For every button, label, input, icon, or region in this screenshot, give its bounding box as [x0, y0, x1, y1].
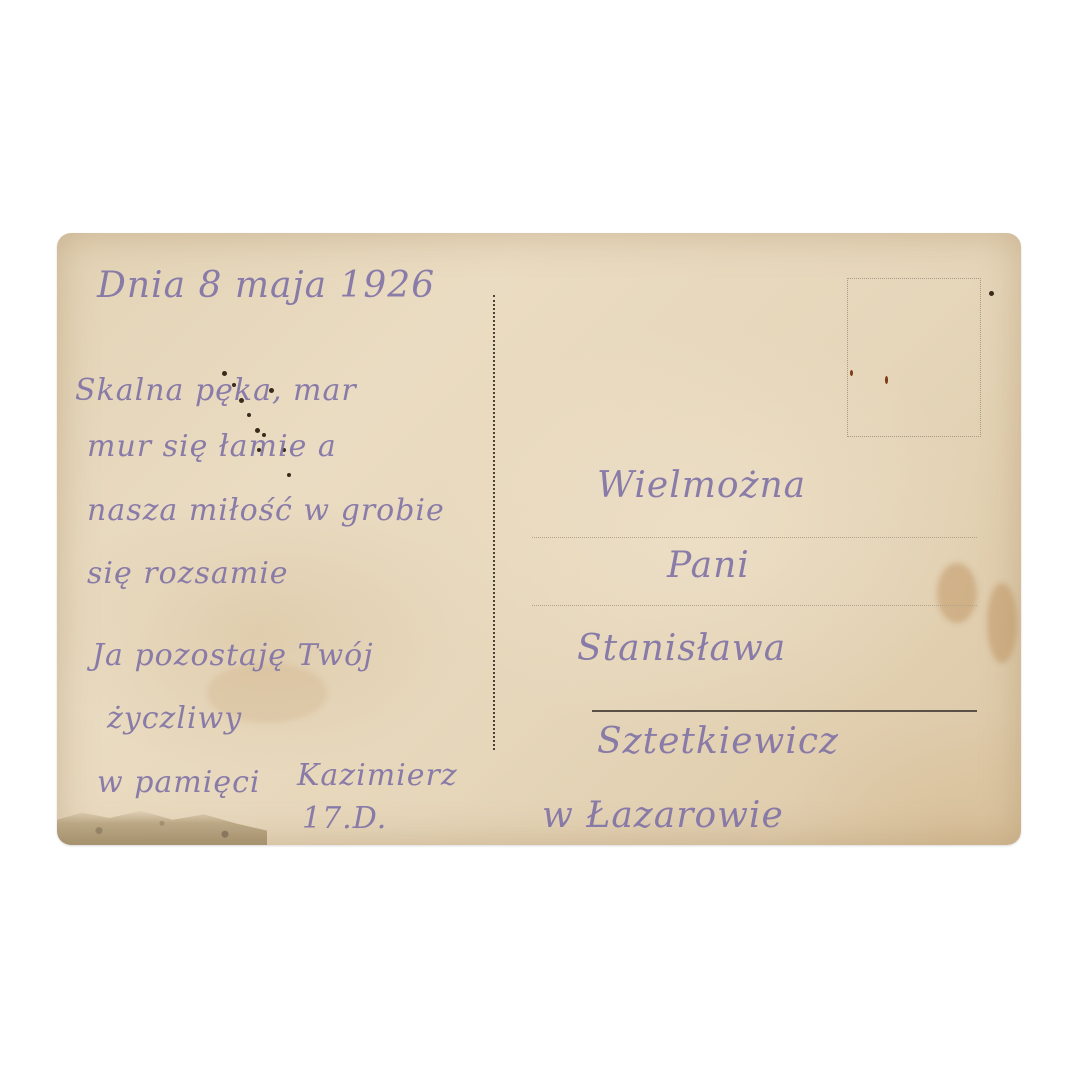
foxing-spot: [247, 413, 251, 417]
stamp-placeholder: [847, 278, 981, 437]
message-line: Skalna pęka, mar: [75, 373, 357, 408]
address-line: [592, 710, 977, 712]
address-line-1: Wielmożna: [597, 465, 806, 506]
message-line: mur się łamie a: [87, 429, 337, 464]
signature: Kazimierz: [297, 758, 458, 793]
address-line: [532, 537, 977, 538]
address-line-5: w Łazarowie: [542, 795, 784, 836]
message-line: w pamięci: [97, 765, 261, 800]
message-line: życzliwy: [107, 701, 242, 736]
age-stain: [987, 583, 1017, 663]
address-line: [532, 605, 977, 606]
worn-corner-damage: [57, 809, 267, 845]
postcard-back: Dnia 8 maja 1926 Skalna pęka, mar mur si…: [57, 233, 1021, 845]
address-line-3: Stanisława: [577, 628, 786, 669]
address-line-2: Pani: [667, 545, 750, 586]
foxing-spot: [287, 473, 291, 477]
date-line: Dnia 8 maja 1926: [97, 265, 435, 306]
age-stain: [937, 563, 977, 623]
foxing-spot: [989, 291, 994, 296]
address-line-4: Sztetkiewicz: [597, 721, 839, 762]
center-divider-line: [493, 295, 495, 750]
message-line: się rozsamie: [87, 556, 289, 591]
message-line: nasza miłość w grobie: [87, 493, 445, 528]
message-line: Ja pozostaję Twój: [92, 638, 374, 673]
signature-note: 17.D.: [302, 801, 387, 836]
